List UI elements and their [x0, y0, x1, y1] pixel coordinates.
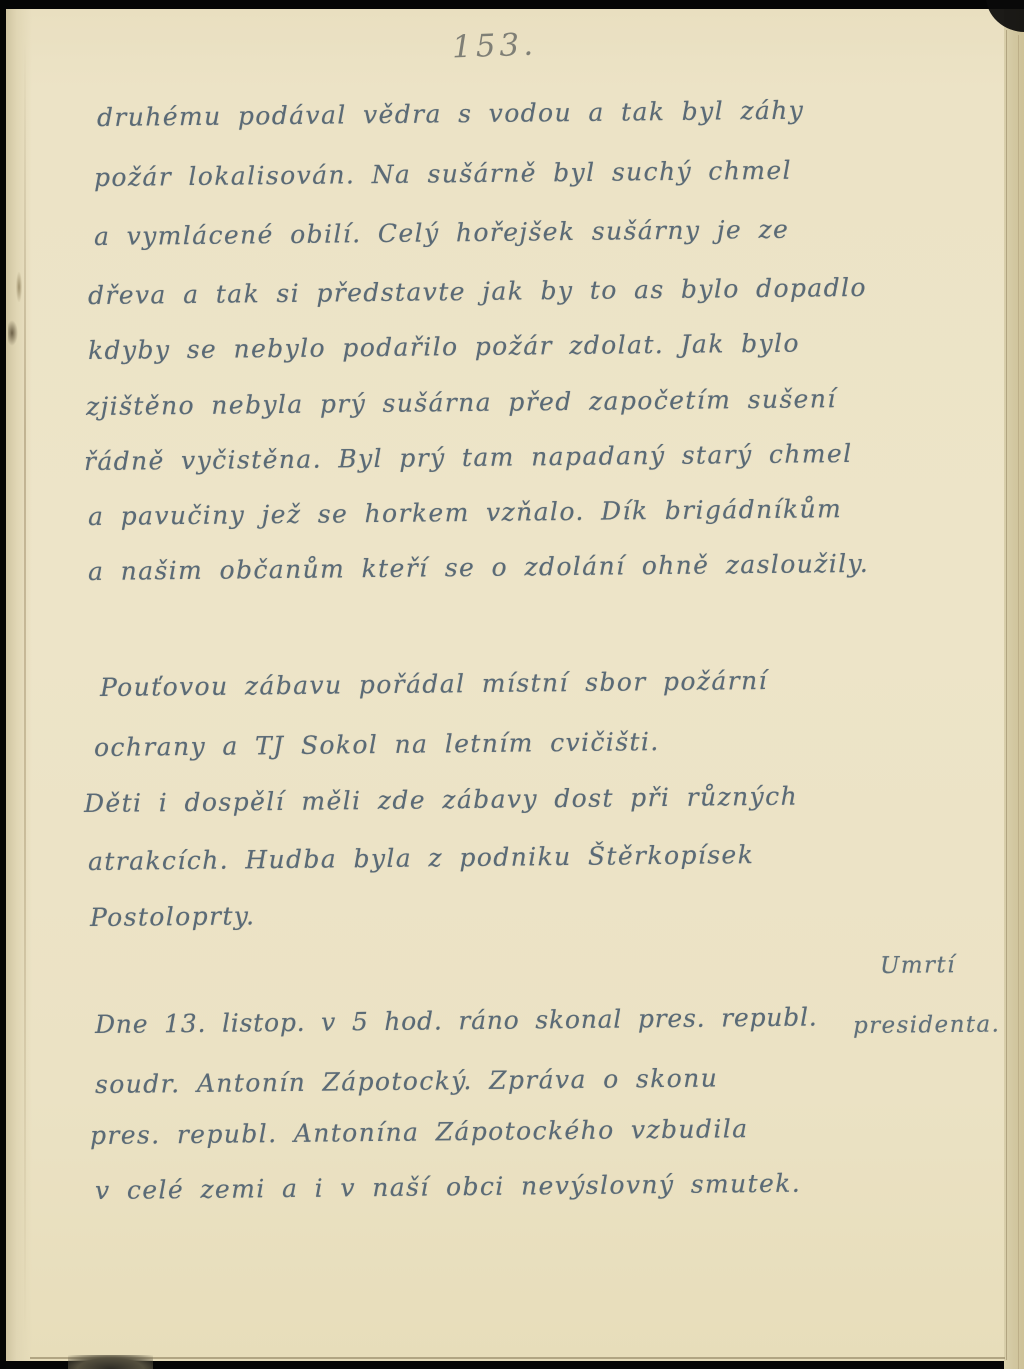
paper-blemish — [8, 320, 18, 346]
page-number: 153. — [451, 27, 537, 66]
page-bottom-edge — [30, 1357, 1005, 1359]
handwritten-line: Postoloprty. — [90, 901, 256, 932]
margin-note-line: Umrtí — [880, 952, 956, 979]
gutter-crease-line — [24, 40, 26, 1340]
book-page-edges — [1004, 0, 1024, 1369]
paper-blemish — [16, 272, 22, 302]
scanned-chronicle-page: 153. druhému podával vědra s vodou a tak… — [0, 0, 1024, 1369]
page-edge-line — [1018, 35, 1019, 1369]
page-edge-line — [1006, 30, 1007, 1360]
scan-border-top — [0, 0, 1024, 9]
scan-border-left — [0, 0, 6, 1369]
scan-smudge — [68, 1355, 153, 1369]
page-gutter-shadow — [6, 9, 32, 1361]
margin-note-line: presidenta. — [853, 1011, 1001, 1039]
handwritten-line: ochrany a TJ Sokol na letním cvičišti. — [94, 727, 660, 762]
